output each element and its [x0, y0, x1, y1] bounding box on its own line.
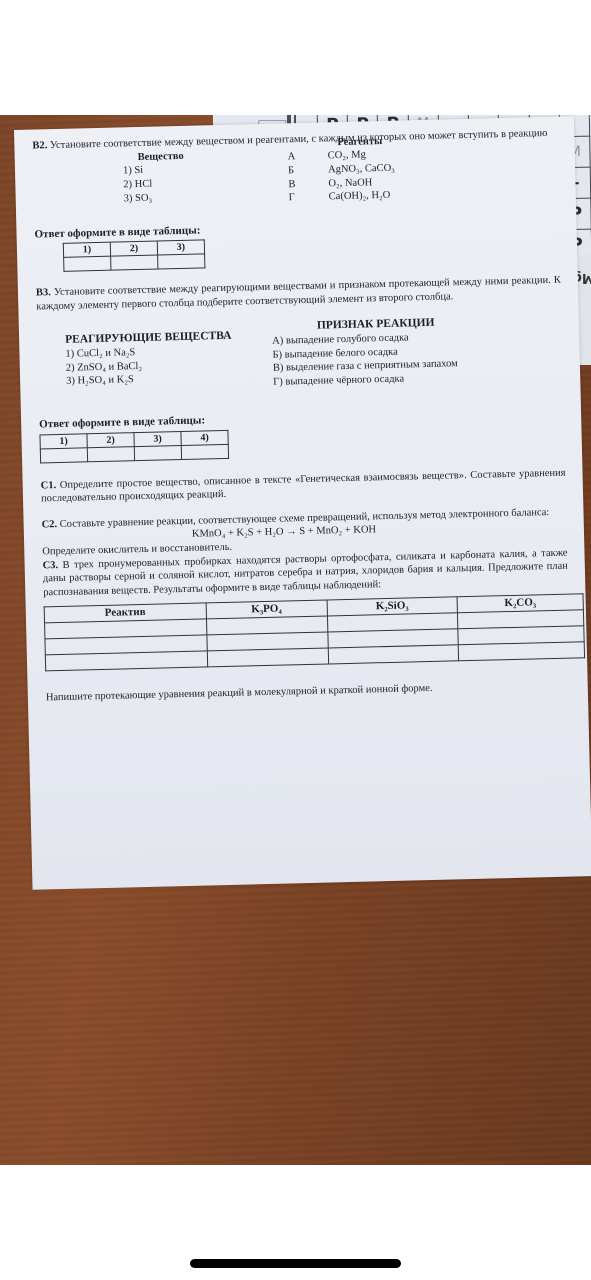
answer-header-cell: 3)	[134, 431, 181, 446]
reagents-list: АCO₂, MgБAgNO₃, CaCO₃ВO₂, NaOHГCa(OH)₂, …	[288, 148, 396, 205]
reagent-letter: В	[288, 177, 328, 192]
answer-cell[interactable]	[181, 444, 228, 459]
answer-cell[interactable]	[64, 256, 111, 271]
observation-cell[interactable]	[207, 648, 328, 667]
answer-cell[interactable]	[158, 254, 205, 269]
observation-cell[interactable]	[45, 651, 207, 671]
reagent-letter: А	[288, 150, 328, 165]
b3-columns: РЕАГИРУЮЩИЕ ВЕЩЕСТВА 1) CuCl₂ и Na₂S2) Z…	[37, 307, 564, 392]
observation-cell[interactable]	[328, 644, 459, 663]
answer-input-row	[64, 254, 205, 271]
task-number: В3.	[36, 287, 51, 298]
observation-table: РеактивK₃PO₄K₂SiO₃K₂CO₃	[44, 593, 585, 671]
answer-header-cell: 3)	[157, 240, 204, 255]
reagent-letter: Б	[288, 163, 328, 178]
b2-answer-table: 1)2)3)	[63, 239, 206, 271]
task-number: В2.	[32, 140, 47, 151]
answer-header-cell: 4)	[181, 430, 228, 445]
worksheet: В2. Установите соответствие между вещест…	[14, 116, 591, 889]
answer-header-cell: 1)	[63, 242, 110, 257]
task-text: Установите соответствие между реагирующи…	[36, 275, 561, 312]
b2-columns: Вещество 1) Si2) HCl3) SO₃ Реагенты АCO₂…	[33, 146, 559, 223]
reactant-item: 3) H₂SO₄ и K₂S	[66, 371, 233, 389]
task-c1: С1. Определите простое вещество, описанн…	[41, 466, 567, 506]
reagent-letter: Г	[289, 191, 329, 206]
task-number: С3.	[43, 560, 59, 571]
reagent-value: O₂, NaOH	[328, 176, 372, 191]
answer-cell[interactable]	[40, 447, 87, 462]
answer-header-cell: 2)	[87, 432, 134, 447]
answer-header-cell: 2)	[110, 241, 157, 256]
reagent-value: Ca(OH)₂, H₂O	[329, 189, 391, 204]
answer-cell[interactable]	[111, 255, 158, 270]
task-number: С2.	[42, 519, 58, 530]
task-b3: В3. Установите соответствие между реагир…	[36, 274, 562, 314]
b3-answer-table: 1)2)3)4)	[39, 429, 229, 463]
substances-list: 1) Si2) HCl3) SO₃	[123, 163, 185, 205]
observation-cell[interactable]	[458, 641, 584, 660]
task-number: С1.	[41, 480, 57, 491]
answer-cell[interactable]	[87, 446, 134, 461]
task-text: Определите простое вещество, описанное в…	[41, 467, 566, 504]
reagent-value: CO₂, Mg	[328, 149, 366, 164]
signs-list: А) выпадение голубого осадкаБ) выпадение…	[272, 330, 458, 389]
reagents-title: Реагенты	[337, 134, 394, 149]
answer-cell[interactable]	[134, 445, 181, 460]
substance-item: 3) SO₃	[124, 190, 185, 205]
reagent-value: AgNO₃, CaCO₃	[328, 162, 395, 177]
substances-title: Вещество	[138, 150, 184, 165]
answer-label: Ответ оформите в виде таблицы:	[39, 405, 564, 432]
reagent-item: ГCa(OH)₂, H₂O	[289, 189, 396, 205]
home-indicator[interactable]	[190, 1259, 401, 1268]
answer-header-cell: 1)	[40, 433, 87, 448]
c3-footer: Напишите протекающие уравнения реакций в…	[46, 678, 571, 704]
reactants-list: 1) CuCl₂ и Na₂S2) ZnSO₄ и BaCl₂3) H₂SO₄ …	[65, 344, 232, 389]
reagent-item: БAgNO₃, CaCO₃	[288, 162, 395, 178]
